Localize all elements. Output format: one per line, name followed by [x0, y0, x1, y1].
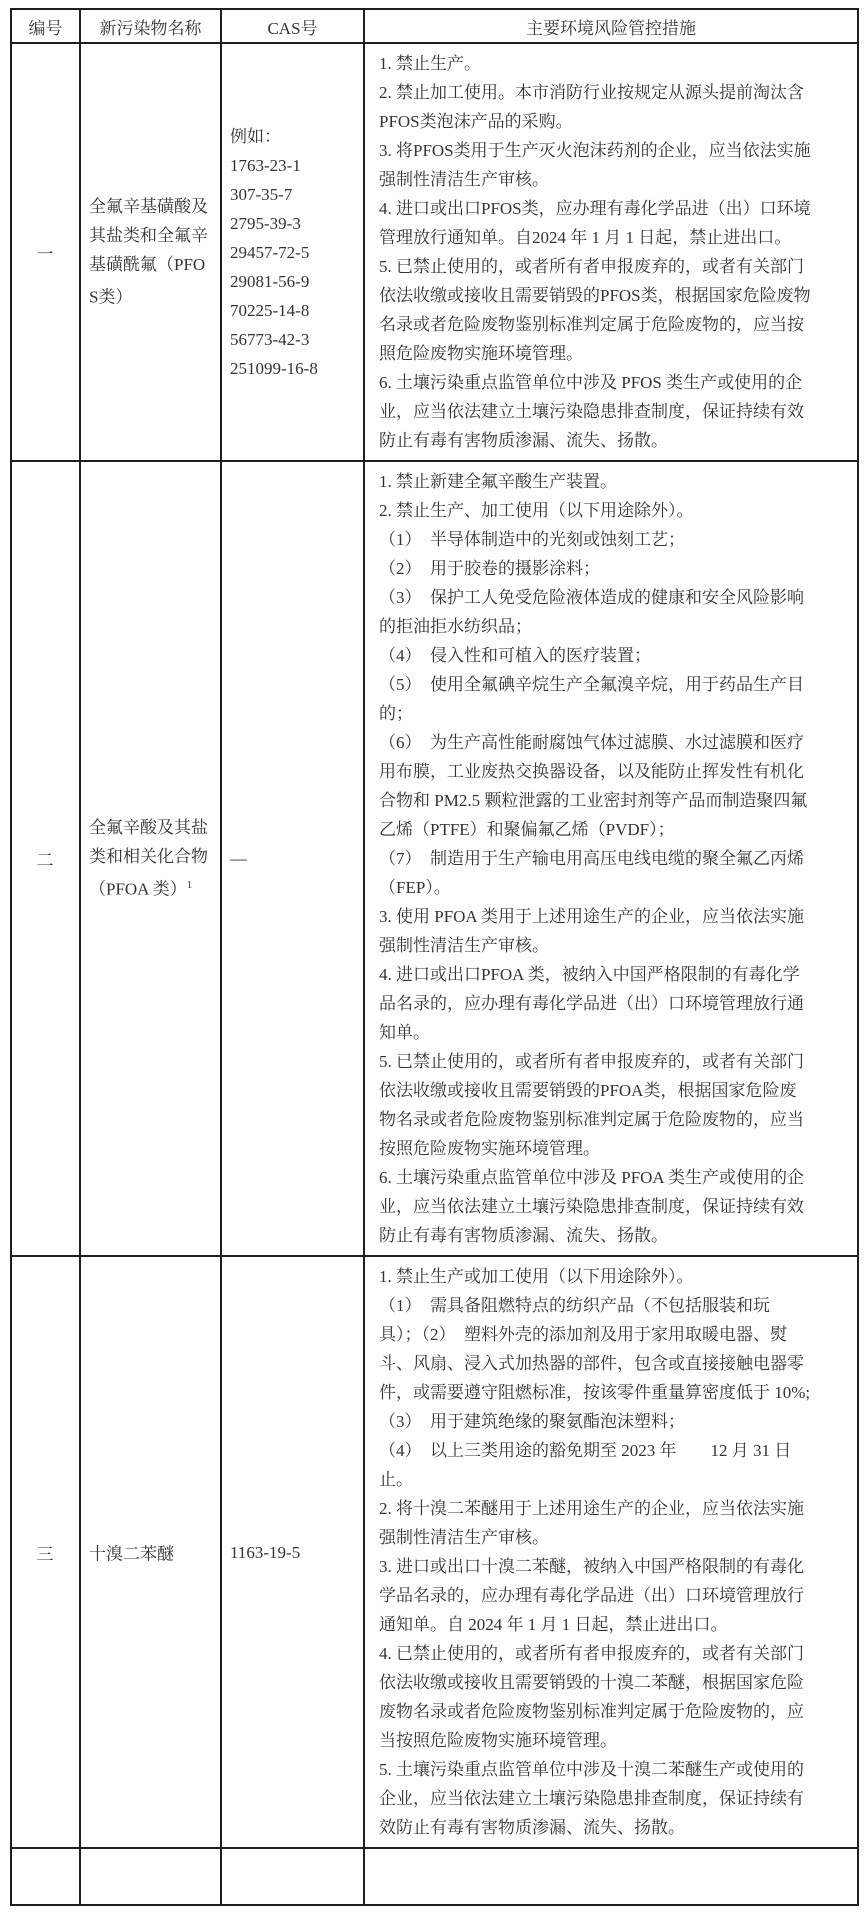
text-line: 6. 土壤污染重点监管单位中涉及 PFOS 类生产或使用的企业，应当依法建立土壤…: [379, 368, 812, 455]
text-line: 29457-72-5: [230, 238, 359, 267]
text-line: 6. 土壤污染重点监管单位中涉及 PFOA 类生产或使用的企业，应当依法建立土壤…: [379, 1163, 812, 1250]
pollutant-name-cell: 全氟辛基磺酸及其盐类和全氟辛基磺酰氟（PFOS类）: [80, 43, 221, 461]
text-line: 3. 将PFOS类用于生产灭火泡沫药剂的企业，应当依法实施强制性清洁生产审核。: [379, 136, 812, 194]
text-line: （1） 需具备阻燃特点的纺织产品（不包括服装和玩具）；（2） 塑料外壳的添加剂及…: [379, 1291, 812, 1407]
text-line: （3） 保护工人免受危险液体造成的健康和安全风险影响的拒油拒水纺织品；: [379, 583, 812, 641]
text-line: （4） 侵入性和可植入的医疗装置；: [379, 641, 812, 670]
text-line: 307-35-7: [230, 180, 359, 209]
text-line: 5. 土壤污染重点监管单位中涉及十溴二苯醚生产或使用的企业，应当依法建立土壤污染…: [379, 1755, 812, 1842]
row-number: 二: [11, 461, 80, 1256]
pollutant-table: 编号 新污染物名称 CAS号 主要环境风险管控措施 一 全氟辛基磺酸及其盐类和全…: [10, 8, 859, 1906]
header-cas-number: CAS号: [221, 9, 364, 43]
text-line: 1. 禁止生产。: [379, 49, 812, 78]
text-line: （3） 用于建筑绝缘的聚氨酯泡沫塑料；: [379, 1407, 812, 1436]
document-page: 编号 新污染物名称 CAS号 主要环境风险管控措施 一 全氟辛基磺酸及其盐类和全…: [0, 0, 867, 1906]
pollutant-name: 十溴二苯醚: [89, 1544, 174, 1563]
text-line: 5. 已禁止使用的，或者所有者申报废弃的，或者有关部门依法收缴或接收且需要销毁的…: [379, 252, 812, 368]
header-pollutant-name: 新污染物名称: [80, 9, 221, 43]
text-line: 29081-56-9: [230, 267, 359, 296]
text-line: 2795-39-3: [230, 209, 359, 238]
row-number: 三: [11, 1256, 80, 1848]
text-line: 2. 将十溴二苯醚用于上述用途生产的企业，应当依法实施强制性清洁生产审核。: [379, 1494, 812, 1552]
row-number: [11, 1848, 80, 1905]
table-row: 二 全氟辛酸及其盐类和相关化合物（PFOA 类）1 — 1. 禁止新建全氟辛酸生…: [11, 461, 858, 1256]
table-row-partial: [11, 1848, 858, 1905]
text-line: （1） 半导体制造中的光刻或蚀刻工艺；: [379, 525, 812, 554]
text-line: 3. 进口或出口十溴二苯醚，被纳入中国严格限制的有毒化学品名录的，应办理有毒化学…: [379, 1552, 812, 1639]
row-number: 一: [11, 43, 80, 461]
text-line: 2. 禁止加工使用。本市消防行业按规定从源头提前淘汰含PFOS类泡沫产品的采购。: [379, 78, 812, 136]
cas-numbers-cell: —: [221, 461, 364, 1256]
text-line: —: [230, 844, 359, 873]
table-row: 一 全氟辛基磺酸及其盐类和全氟辛基磺酰氟（PFOS类） 例如：1763-23-1…: [11, 43, 858, 461]
text-line: （2） 用于胶卷的摄影涂料；: [379, 554, 812, 583]
text-line: （5） 使用全氟碘辛烷生产全氟溴辛烷，用于药品生产目的；: [379, 670, 812, 728]
text-line: 1763-23-1: [230, 151, 359, 180]
text-line: 56773-42-3: [230, 325, 359, 354]
pollutant-name: 全氟辛基磺酸及其盐类和全氟辛基磺酰氟（PFOS类）: [89, 197, 208, 307]
measures-cell: 1. 禁止新建全氟辛酸生产装置。2. 禁止生产、加工使用（以下用途除外）。（1）…: [364, 461, 858, 1256]
header-row: 编号 新污染物名称 CAS号 主要环境风险管控措施: [11, 9, 858, 43]
measures-cell: [364, 1848, 858, 1905]
table-row: 三 十溴二苯醚 1163-19-5 1. 禁止生产或加工使用（以下用途除外）。（…: [11, 1256, 858, 1848]
text-line: 1. 禁止生产或加工使用（以下用途除外）。: [379, 1262, 812, 1291]
text-line: 5. 已禁止使用的，或者所有者申报废弃的，或者有关部门依法收缴或接收且需要销毁的…: [379, 1047, 812, 1163]
cas-numbers-cell: 例如：1763-23-1307-35-72795-39-329457-72-52…: [221, 43, 364, 461]
measures-cell: 1. 禁止生产或加工使用（以下用途除外）。（1） 需具备阻燃特点的纺织产品（不包…: [364, 1256, 858, 1848]
text-line: 251099-16-8: [230, 354, 359, 383]
measures-cell: 1. 禁止生产。2. 禁止加工使用。本市消防行业按规定从源头提前淘汰含PFOS类…: [364, 43, 858, 461]
text-line: （6） 为生产高性能耐腐蚀气体过滤膜、水过滤膜和医疗用布膜，工业废热交换器设备，…: [379, 728, 812, 844]
pollutant-name-cell: 全氟辛酸及其盐类和相关化合物（PFOA 类）1: [80, 461, 221, 1256]
text-line: 70225-14-8: [230, 296, 359, 325]
cas-numbers-cell: 1163-19-5: [221, 1256, 364, 1848]
pollutant-name-cell: 十溴二苯醚: [80, 1256, 221, 1848]
cas-numbers-cell: [221, 1848, 364, 1905]
text-line: 4. 已禁止使用的，或者所有者申报废弃的，或者有关部门依法收缴或接收且需要销毁的…: [379, 1639, 812, 1755]
text-line: 1163-19-5: [230, 1538, 359, 1567]
text-line: 例如：: [230, 122, 359, 151]
text-line: 4. 进口或出口PFOA 类，被纳入中国严格限制的有毒化学品名录的，应办理有毒化…: [379, 960, 812, 1047]
text-line: 4. 进口或出口PFOS类，应办理有毒化学品进（出）口环境管理放行通知单。自20…: [379, 194, 812, 252]
footnote-ref: 1: [187, 879, 193, 891]
text-line: 1. 禁止新建全氟辛酸生产装置。: [379, 467, 812, 496]
pollutant-name-cell: [80, 1848, 221, 1905]
header-measures: 主要环境风险管控措施: [364, 9, 858, 43]
text-line: 2. 禁止生产、加工使用（以下用途除外）。: [379, 496, 812, 525]
text-line: （7） 制造用于生产输电用高压电线电缆的聚全氟乙丙烯（FEP）。: [379, 844, 812, 902]
header-number: 编号: [11, 9, 80, 43]
text-line: （4） 以上三类用途的豁免期至 2023 年 12 月 31 日止。: [379, 1436, 812, 1494]
text-line: 3. 使用 PFOA 类用于上述用途生产的企业，应当依法实施强制性清洁生产审核。: [379, 902, 812, 960]
